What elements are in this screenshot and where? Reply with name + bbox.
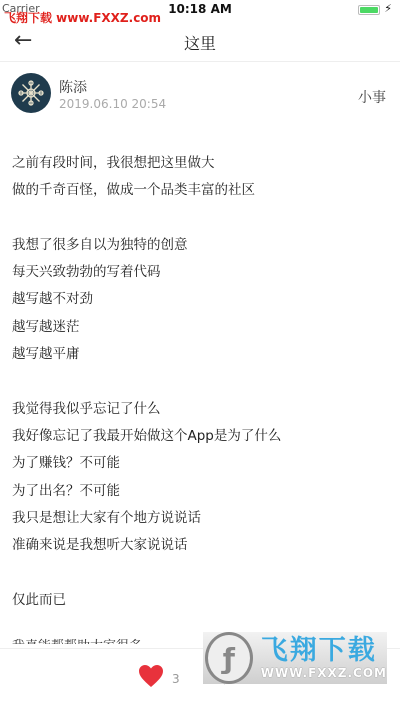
like-count: 3 [172,672,180,686]
content-line: 为了赚钱？不可能 [12,450,388,477]
content-line: 我想了很多自以为独特的创意 [12,232,388,259]
content-line [12,368,388,395]
content-line [12,559,388,586]
watermark-logo-url: WWW.FXXZ.COM [261,666,387,680]
post-date: 2019.06.10 20:54 [59,97,166,111]
author-name[interactable]: 陈添 [59,77,87,97]
watermark-logo-cn: 飞翔下载 [261,636,387,666]
content-line: 我觉得我似乎忘记了什么 [12,396,388,423]
content-line: 为了出名？不可能 [12,478,388,505]
watermark-logo: ƒ 飞翔下载 WWW.FXXZ.COM [203,632,387,684]
content-line: 仅此而已 [12,587,388,614]
author-header: 陈添 2019.06.10 20:54 小事 [10,73,386,117]
nav-bar: ← 这里 [0,22,400,62]
avatar[interactable] [11,73,51,113]
content-line: 越写越不对劲 [12,286,388,313]
page-title: 这里 [0,31,400,54]
content-line: 做的千奇百怪，做成一个品类丰富的社区 [12,177,388,204]
snowflake-icon [16,78,46,108]
content-line: 越写越迷茫 [12,314,388,341]
heart-icon [138,664,164,688]
watermark-emblem-icon: ƒ [205,632,253,684]
content-line: 之前有段时间，我很想把这里做大 [12,150,388,177]
battery-icon [358,5,380,15]
content-line: 越写越平庸 [12,341,388,368]
content-line [12,205,388,232]
content-line: 我只是想让大家有个地方说说话 [12,505,388,532]
content-line: 每天兴致勃勃的写着代码 [12,259,388,286]
post-content: 之前有段时间，我很想把这里做大 做的千奇百怪，做成一个品类丰富的社区 我想了很多… [12,150,388,614]
content-line: 准确来说是我想听大家说说话 [12,532,388,559]
category-tag[interactable]: 小事 [358,87,386,107]
charging-icon: ⚡ [384,2,392,15]
content-line-clipped: 我真能帮帮助大家很多 [12,637,142,644]
content-line: 我好像忘记了我最开始做这个App是为了什么 [12,423,388,450]
like-button[interactable]: 3 [138,664,180,688]
